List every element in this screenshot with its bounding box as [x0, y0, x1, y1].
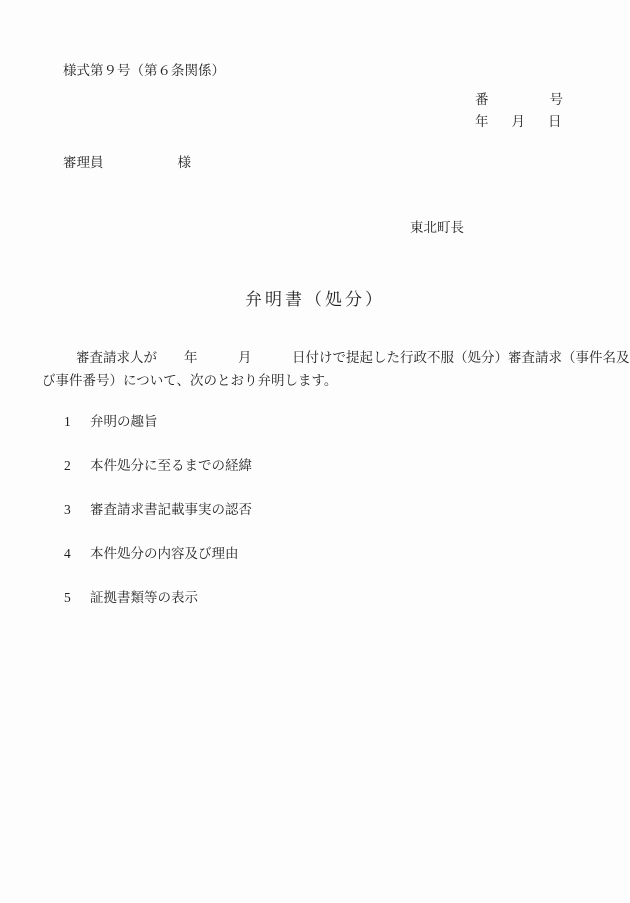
- list-item-label: 本件処分に至るまでの経緯: [90, 458, 252, 473]
- list-item-number: 4: [64, 544, 90, 564]
- list-item: 5証拠書類等の表示: [64, 588, 252, 608]
- list-item-number: 1: [64, 412, 90, 432]
- day-label: 日: [548, 114, 562, 129]
- document-number-line: 番号: [475, 88, 563, 108]
- month-blank-field: [525, 125, 548, 126]
- body-paragraph-line-2: び事件番号）について、次のとおり弁明します。: [42, 369, 594, 392]
- form-number: 様式第９号（第６条関係）: [63, 59, 225, 79]
- date-line: 年月日: [475, 110, 562, 130]
- list-item-label: 本件処分の内容及び理由: [90, 546, 239, 561]
- number-suffix-label: 号: [550, 92, 564, 107]
- body-paragraph-line-1: 審査請求人が 年 月 日付けで提起した行政不服（処分）審査請求（事件名及: [42, 346, 594, 369]
- addressee-line: 審理員様: [63, 151, 191, 171]
- year-blank-field: [489, 125, 512, 126]
- number-blank-field: [489, 103, 550, 104]
- sender-name: 東北町長: [410, 216, 464, 236]
- list-item-number: 5: [64, 588, 90, 608]
- list-item-label: 証拠書類等の表示: [90, 590, 198, 605]
- addressee-honorific: 様: [178, 155, 192, 170]
- list-item: 3審査請求書記載事実の認否: [64, 500, 252, 520]
- list-item-number: 3: [64, 500, 90, 520]
- addressee-name-blank: [104, 166, 178, 167]
- section-list: 1弁明の趣旨 2本件処分に至るまでの経緯 3審査請求書記載事実の認否 4本件処分…: [64, 412, 252, 632]
- number-label: 番: [475, 92, 489, 107]
- body-paragraph: 審査請求人が 年 月 日付けで提起した行政不服（処分）審査請求（事件名及 び事件…: [42, 346, 594, 392]
- list-item-label: 弁明の趣旨: [90, 414, 158, 429]
- list-item-number: 2: [64, 456, 90, 476]
- list-item: 4本件処分の内容及び理由: [64, 544, 252, 564]
- list-item: 1弁明の趣旨: [64, 412, 252, 432]
- year-label: 年: [475, 114, 489, 129]
- document-title: 弁明書（処分）: [0, 285, 630, 310]
- list-item-label: 審査請求書記載事実の認否: [90, 502, 252, 517]
- document-page: 様式第９号（第６条関係） 番号 年月日 審理員様 東北町長 弁明書（処分） 審査…: [0, 0, 630, 903]
- month-label: 月: [512, 114, 526, 129]
- addressee-title: 審理員: [63, 155, 104, 170]
- list-item: 2本件処分に至るまでの経緯: [64, 456, 252, 476]
